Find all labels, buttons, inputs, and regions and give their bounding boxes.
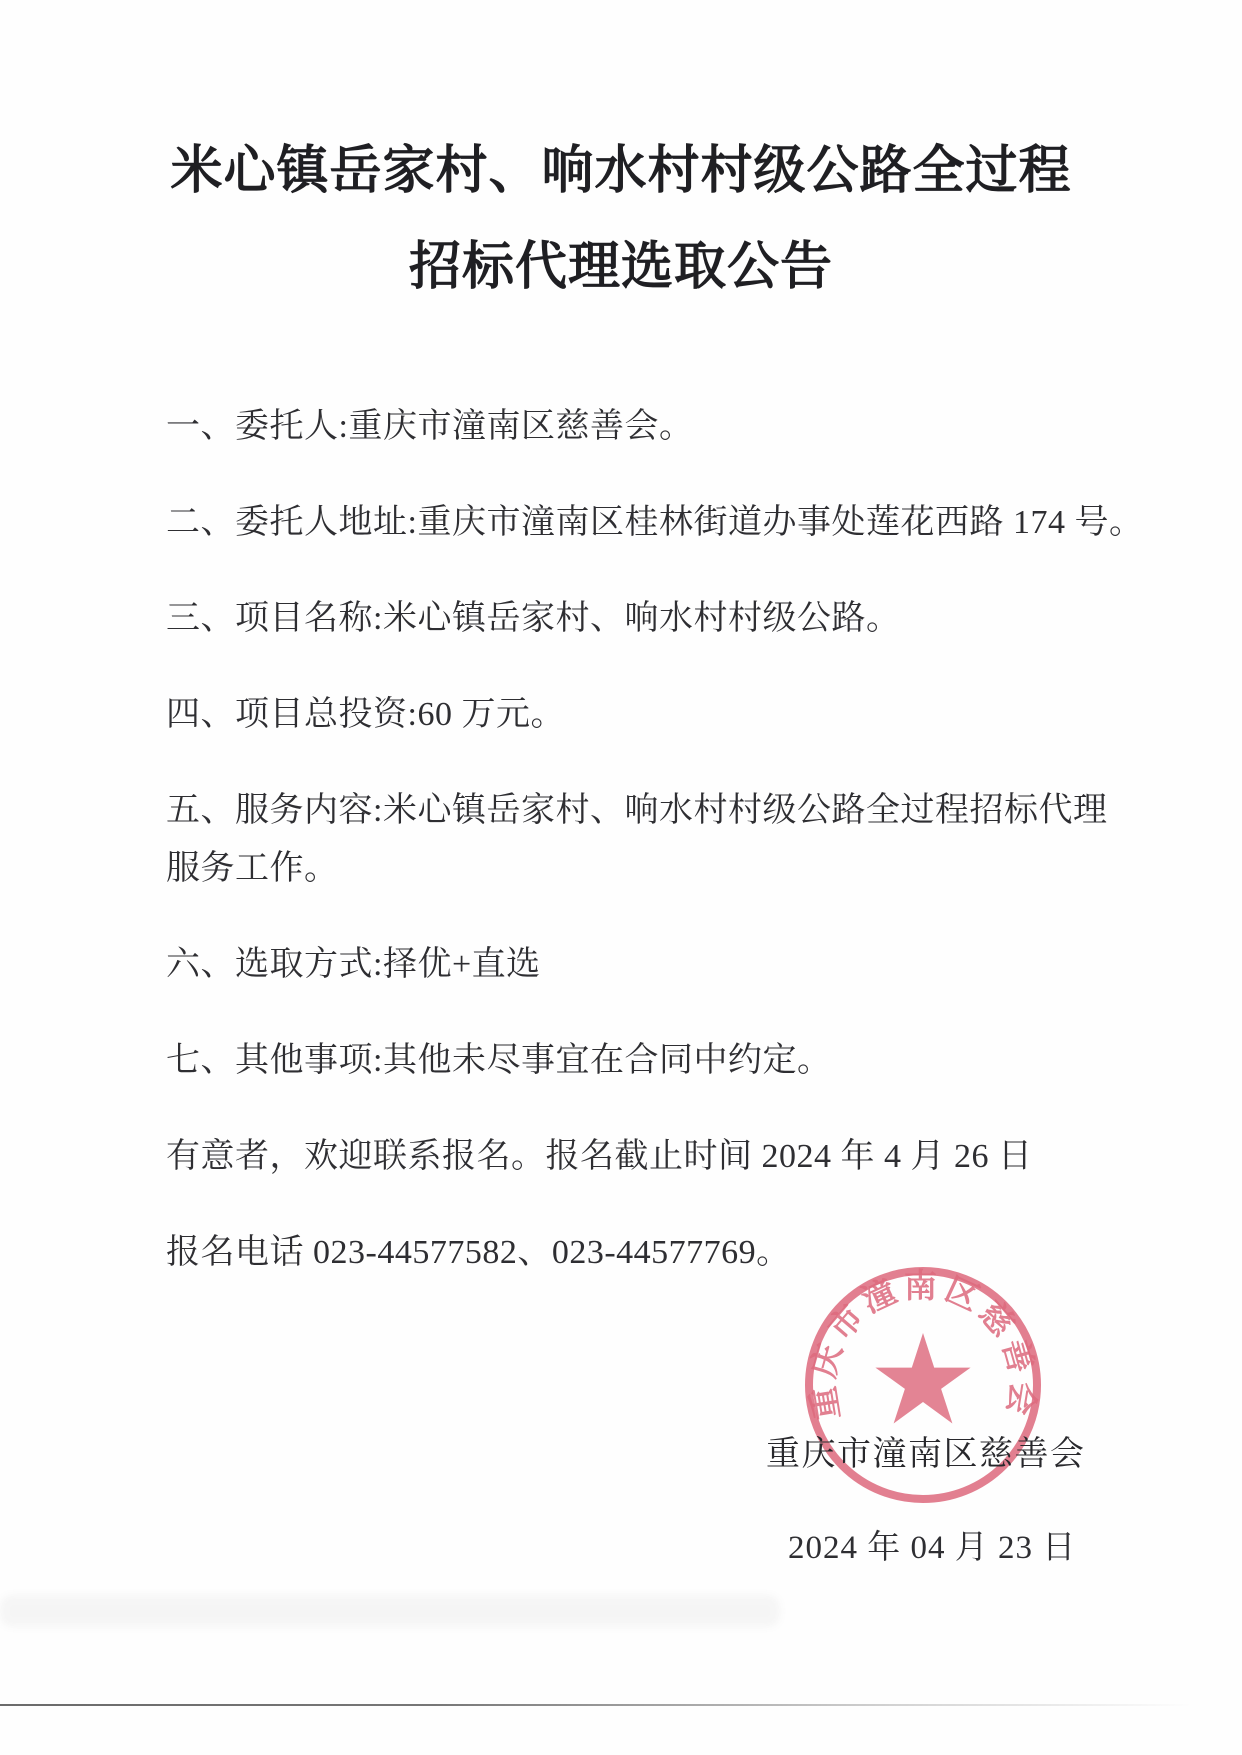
signature-organization: 重庆市潼南区慈善会 [766, 1426, 1086, 1475]
signature-date: 2024 年 04 月 23 日 [788, 1521, 1076, 1568]
item-3-project-name: 三、项目名称:米心镇岳家村、响水村村级公路。 [166, 590, 1176, 648]
item-1-entrusting-party: 一、委托人:重庆市潼南区慈善会。 [166, 398, 1176, 456]
title-line-2: 招标代理选取公告 [0, 220, 1242, 316]
document-body: 一、委托人:重庆市潼南区慈善会。 二、委托人地址:重庆市潼南区桂林街道办事处莲花… [166, 398, 1176, 1320]
item-4-total-investment: 四、项目总投资:60 万元。 [166, 686, 1176, 744]
item-5-service-content: 五、服务内容:米心镇岳家村、响水村村级公路全过程招标代理 服务工作。 [166, 782, 1176, 898]
scan-line-artifact [0, 1704, 1242, 1706]
scan-smudge-artifact [0, 1595, 780, 1627]
contact-line: 有意者，欢迎联系报名。报名截止时间 2024 年 4 月 26 日 [166, 1128, 1176, 1186]
seal-star-icon [875, 1333, 970, 1424]
document-title: 米心镇岳家村、响水村村级公路全过程 招标代理选取公告 [0, 124, 1242, 316]
item-6-selection-method: 六、选取方式:择优+直选 [166, 936, 1176, 994]
item-2-address: 二、委托人地址:重庆市潼南区桂林街道办事处莲花西路 174 号。 [166, 494, 1176, 552]
item-7-other-matters: 七、其他事项:其他未尽事宜在合同中约定。 [166, 1032, 1176, 1090]
document-page: 米心镇岳家村、响水村村级公路全过程 招标代理选取公告 一、委托人:重庆市潼南区慈… [0, 0, 1242, 1755]
title-line-1: 米心镇岳家村、响水村村级公路全过程 [0, 124, 1242, 220]
